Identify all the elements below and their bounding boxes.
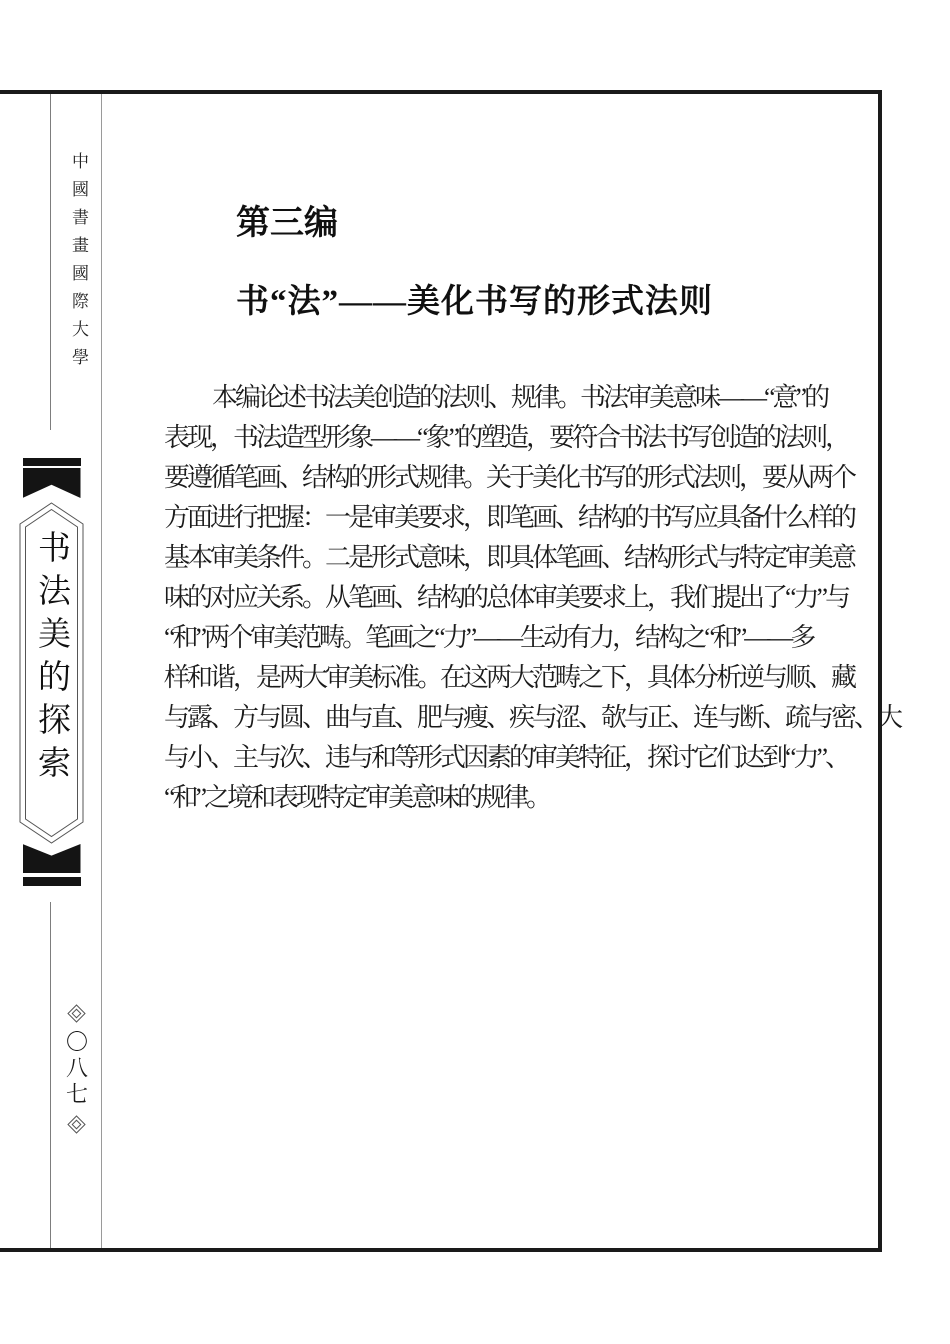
page-number-block: 〇八七 — [50, 1004, 102, 1134]
part-heading: 第三编 — [236, 207, 338, 241]
paragraph-line: 表现，书法造型形象——“象”的塑造，要符合书法书写创造的法则， — [164, 418, 900, 458]
chapter-title: 书“法”——美化书写的形式法则 — [236, 284, 713, 320]
paragraph-line: 方面进行把握：一是审美要求，即笔画、结构的书写应具备什么样的 — [164, 498, 900, 538]
book-title: 书法美的探索 — [28, 530, 75, 788]
paragraph-line: 本编论述书法美创造的法则、规律。书法审美意味——“意”的 — [164, 378, 900, 418]
book-title-banner: 书法美的探索 — [19, 458, 84, 886]
frame-top-border — [0, 90, 882, 94]
page-number: 〇八七 — [61, 1030, 92, 1108]
ribbon-bottom-chevron-icon — [23, 844, 81, 873]
spine-publisher-title: 中國書畫國際大學 — [66, 152, 91, 376]
paragraph-line: 味的对应关系。从笔画、结构的总体审美要求上，我们提出了“力”与 — [164, 578, 900, 618]
ribbon-top-chevron-icon — [23, 468, 81, 498]
paragraph-line: 样和谐，是两大审美标准。在这两大范畴之下，具体分析逆与顺、藏 — [164, 658, 900, 698]
spine-rule-upper — [50, 94, 51, 430]
paragraph-line: 要遵循笔画、结构的形式规律。关于美化书写的形式法则，要从两个 — [164, 458, 900, 498]
ribbon-bottom-bar — [23, 877, 81, 886]
diamond-icon — [67, 1115, 85, 1133]
diamond-icon — [67, 1004, 85, 1022]
ribbon-top-bar — [23, 458, 81, 466]
paragraph-line: “和”之境和表现特定审美意味的规律。 — [164, 778, 900, 818]
body-paragraph: 本编论述书法美创造的法则、规律。书法审美意味——“意”的 表现，书法造型形象——… — [164, 378, 900, 818]
paragraph-line: 基本审美条件。二是形式意味，即具体笔画、结构形式与特定审美意 — [164, 538, 900, 578]
frame-bottom-border — [0, 1248, 882, 1252]
book-page: 中國書畫國際大學 书法美的探索 〇八七 第三编 书“法”——美化书写的形式法则 … — [0, 0, 950, 1344]
paragraph-line: “和”两个审美范畴。笔画之“力”——生动有力，结构之“和”——多 — [164, 618, 900, 658]
paragraph-line: 与露、方与圆、曲与直、肥与瘦、疾与涩、欹与正、连与断、疏与密、大 — [164, 698, 900, 738]
paragraph-line: 与小、主与次、违与和等形式因素的审美特征，探讨它们达到“力”、 — [164, 738, 900, 778]
